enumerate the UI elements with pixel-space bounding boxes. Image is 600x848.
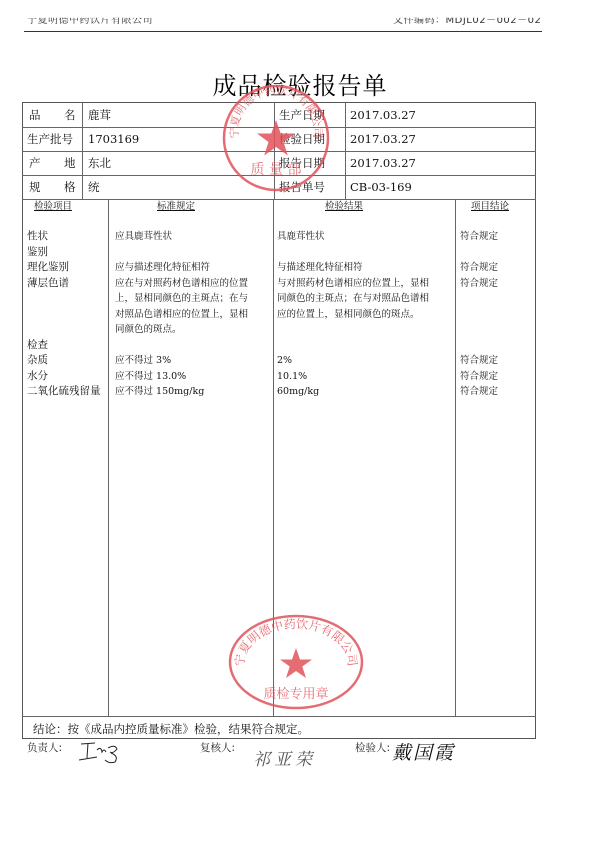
product-name-value: 鹿茸 [88, 108, 111, 122]
test-conclusion: 符合规定 [460, 276, 498, 292]
test-result: 与对照药材色谱相应的位置上，显相 [277, 276, 429, 292]
spec-value: 统 [88, 180, 100, 194]
test-conclusion: 符合规定 [460, 229, 498, 245]
test-result: 同颜色的主斑点；在与对照品色谱相 [277, 291, 429, 307]
test-result: 2% [277, 353, 292, 369]
test-result: 应的位置上，显相同颜色的斑点。 [277, 307, 420, 323]
label-spec-a: 规 [29, 180, 41, 194]
divider [455, 199, 456, 716]
divider [22, 716, 536, 717]
test-standard: 上，显相同颜色的主斑点；在与 [115, 291, 248, 307]
test-item: 理化鉴别 [27, 260, 69, 276]
header-result: 检验结果 [325, 199, 363, 215]
label-spec-b: 格 [64, 180, 76, 194]
production-date-value: 2017.03.27 [350, 108, 416, 122]
inspection-date-value: 2017.03.27 [350, 132, 416, 146]
label-product-name-b: 名 [64, 108, 76, 122]
divider [108, 199, 109, 716]
report-table [22, 102, 536, 739]
responsible-label: 负责人: [27, 740, 62, 755]
report-date-value: 2017.03.27 [350, 156, 416, 170]
test-result: 具鹿茸性状 [277, 229, 325, 245]
label-report-number: 报告单号 [279, 180, 325, 194]
divider [82, 102, 83, 199]
reviewer-label: 复核人: [200, 740, 235, 755]
origin-value: 东北 [88, 156, 111, 170]
test-result: 60mg/kg [277, 384, 319, 400]
divider [273, 199, 274, 716]
test-item: 二氧化硫残留量 [27, 384, 101, 400]
responsible-signature [75, 740, 125, 766]
test-standard: 应不得过 3% [115, 353, 171, 369]
test-standard: 对照品色谱相应的位置上，显相 [115, 307, 248, 323]
header-test-item: 检验项目 [34, 199, 72, 215]
divider [22, 175, 536, 176]
inspector-label: 检验人: [355, 740, 390, 755]
label-batch-number: 生产批号 [27, 132, 73, 146]
test-item: 杂质 [27, 353, 48, 369]
test-item: 性状 [27, 229, 48, 245]
label-product-name-a: 品 [29, 108, 41, 122]
header-standard: 标准规定 [157, 199, 195, 215]
divider [22, 199, 536, 200]
test-standard: 应不得过 150mg/kg [115, 384, 204, 400]
reviewer-signature: 祁亚荣 [253, 745, 316, 770]
test-conclusion: 符合规定 [460, 353, 498, 369]
divider [345, 102, 346, 199]
divider [274, 102, 275, 199]
test-item: 薄层色谱 [27, 276, 69, 292]
test-conclusion: 符合规定 [460, 369, 498, 385]
company-name: 宁夏明德中药饮片有限公司 [27, 11, 153, 26]
test-standard: 应与描述理化特征相符 [115, 260, 210, 276]
test-standard: 同颜色的斑点。 [115, 322, 182, 338]
header-conclusion: 项目结论 [471, 199, 509, 215]
label-origin-b: 地 [64, 156, 76, 170]
divider [22, 151, 536, 152]
test-conclusion: 符合规定 [460, 260, 498, 276]
inspector-signature: 戴国霞 [392, 738, 455, 765]
divider [22, 127, 536, 128]
report-number-value: CB-03-169 [350, 180, 412, 194]
test-item: 检查 [27, 338, 48, 354]
test-standard: 应不得过 13.0% [115, 369, 186, 385]
label-production-date: 生产日期 [279, 108, 325, 122]
test-standard: 应在与对照药材色谱相应的位置 [115, 276, 248, 292]
test-item: 鉴别 [27, 245, 48, 261]
conclusion-text: 结论：按《成品内控质量标准》检验，结果符合规定。 [33, 722, 309, 736]
batch-number-value: 1703169 [88, 132, 139, 146]
test-result: 10.1% [277, 369, 307, 385]
label-origin-a: 产 [29, 156, 41, 170]
test-result: 与描述理化特征相符 [277, 260, 363, 276]
header-divider [24, 31, 542, 32]
label-report-date: 报告日期 [279, 156, 325, 170]
test-item: 水分 [27, 369, 48, 385]
label-inspection-date: 检验日期 [279, 132, 325, 146]
test-conclusion: 符合规定 [460, 384, 498, 400]
page-title: 成品检验报告单 [0, 66, 600, 101]
document-code: 文件编码：MDJL02－002－02 [393, 11, 541, 26]
test-standard: 应具鹿茸性状 [115, 229, 172, 245]
